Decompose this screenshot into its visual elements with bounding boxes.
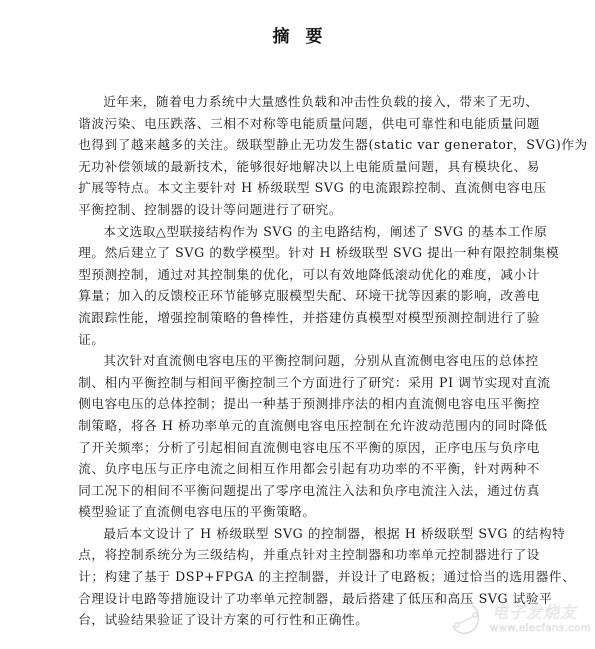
text-line: 计；构建了基于 DSP+FPGA 的主控制器，并设计了电路板；通过恰当的选用器件… [53,566,536,588]
text-line: 流、负序电压与正序电流之间相互作用都会引起有功功率的不平衡，针对两种不 [53,458,536,480]
abstract-body: 近年来，随着电力系统中大量感性负载和冲击性负载的接入，带来了无功、 谐波污染、电… [53,91,536,631]
text-line: 点，将控制系统分为三级结构，并重点针对主控制器和功率单元控制器进行了设 [53,544,536,566]
document-page: 摘要 近年来，随着电力系统中大量感性负载和冲击性负载的接入，带来了无功、 谐波污… [0,0,595,649]
text-line: 证。 [53,329,536,351]
text-line: 了开关频率；分析了引起相间直流侧电容电压不平衡的原因，正序电压与负序电 [53,437,536,459]
text-line: 模型验证了直流侧电容电压的平衡策略。 [53,501,536,523]
watermark-url: www.elecfans.com [490,623,591,634]
text-line: 扩展等特点。本文主要针对 H 桥级联型 SVG 的电流跟踪控制、直流侧电容电压 [53,177,536,199]
text-line: 谐波污染、电压跌落、三相不对称等电能质量问题，供电可靠性和电能质量问题 [53,113,536,135]
text-line: 型预测控制，通过对其控制集的优化，可以有效地降低滚动优化的难度，减小计 [53,264,536,286]
paragraph-1: 近年来，随着电力系统中大量感性负载和冲击性负载的接入，带来了无功、 谐波污染、电… [53,91,536,221]
text-line: 理。然后建立了 SVG 的数学模型。针对 H 桥级联型 SVG 提出一种有限控制… [53,242,536,264]
text-line: 制、相内平衡控制与相间平衡控制三个方面进行了研究：采用 PI 调节实现对直流 [53,372,536,394]
page-title: 摘要 [0,22,595,47]
text-line: 制策略，将各 H 桥功率单元的直流侧电容电压控制在允许波动范围内的同时降低 [53,415,536,437]
text-line: 近年来，随着电力系统中大量感性负载和冲击性负载的接入，带来了无功、 [53,91,536,113]
paragraph-2: 本文选取△型联接结构作为 SVG 的主电路结构，阐述了 SVG 的基本工作原 理… [53,221,536,351]
text-line: 侧电容电压的总体控制；提出一种基于预测排序法的相内直流侧电容电压平衡控 [53,393,536,415]
text-line: 平衡控制、控制器的设计等问题进行了研究。 [53,199,536,221]
paragraph-3: 其次针对直流侧电容电压的平衡控制问题，分别从直流侧电容电压的总体控 制、相内平衡… [53,350,536,523]
text-line: 算量；加入的反馈校正环节能够克服模型失配、环境干扰等因素的影响，改善电 [53,285,536,307]
watermark: 电子发烧友 www.elecfans.com [450,596,595,646]
text-line: 同工况下的相间不平衡问题提出了零序电流注入法和负序电流注入法，通过仿真 [53,480,536,502]
text-line: 本文选取△型联接结构作为 SVG 的主电路结构，阐述了 SVG 的基本工作原 [53,221,536,243]
elecfans-logo-icon [450,602,484,636]
text-line: 其次针对直流侧电容电压的平衡控制问题，分别从直流侧电容电压的总体控 [53,350,536,372]
text-line: 也得到了越来越多的关注。级联型静止无功发生器(static var genera… [53,134,536,156]
text-line: 最后本文设计了 H 桥级联型 SVG 的控制器，根据 H 桥级联型 SVG 的结… [53,523,536,545]
text-line: 流跟踪性能，增强控制策略的鲁棒性，并搭建仿真模型对模型预测控制进行了验 [53,307,536,329]
text-line: 无功补偿领域的最新技术，能够很好地解决以上电能质量问题，具有模块化、易 [53,156,536,178]
watermark-site-name: 电子发烧友 [492,600,577,623]
